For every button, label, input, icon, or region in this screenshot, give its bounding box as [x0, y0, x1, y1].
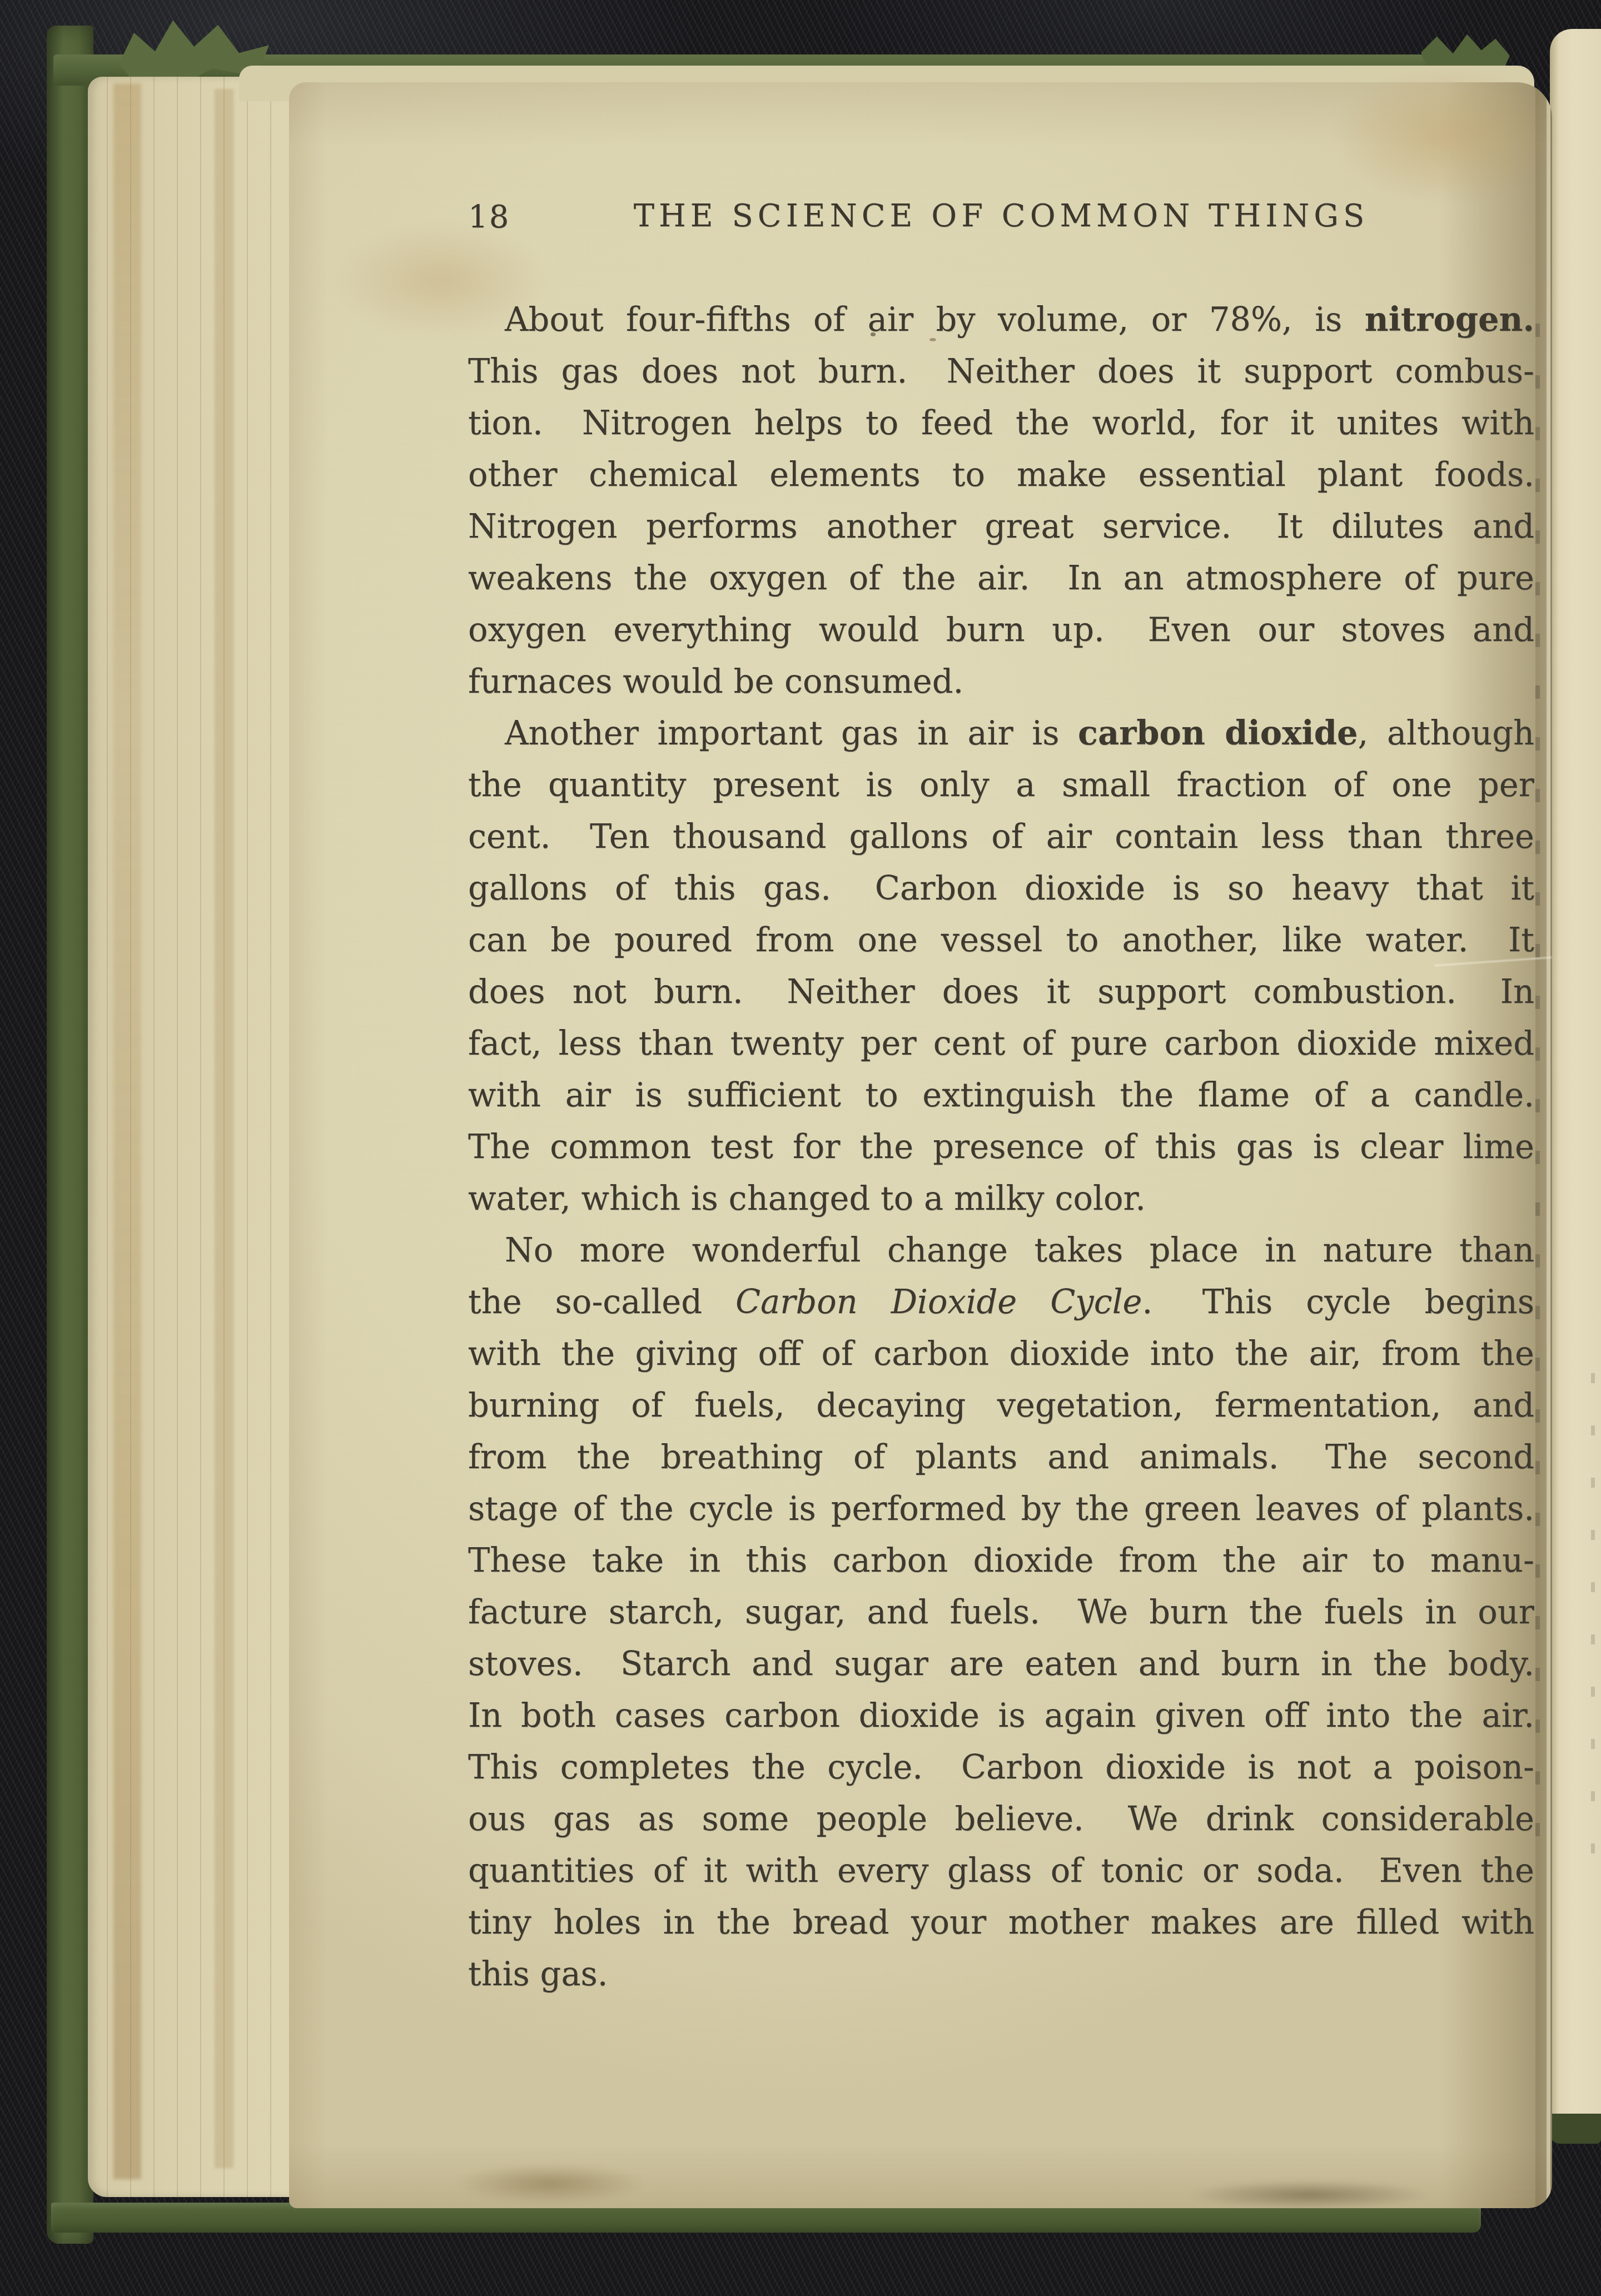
text-line: Nitrogen performs another great service.…	[468, 500, 1534, 552]
text-segment: burning of fuels, decaying vegetation, f…	[468, 1386, 1534, 1424]
stain-top-right	[1334, 71, 1557, 202]
text-segment: from the breathing of plants and animals…	[468, 1438, 1534, 1476]
text-line: In both cases carbon dioxide is again gi…	[468, 1689, 1534, 1741]
text-segment: cent. Ten thousand gallons of air contai…	[468, 817, 1534, 856]
text-line: does not burn. Neither does it support c…	[468, 966, 1534, 1017]
italic-term: Carbon Dioxide Cycle	[735, 1283, 1142, 1321]
text-line: other chemical elements to make essentia…	[468, 449, 1534, 500]
text-segment: Nitrogen performs another great service.…	[468, 507, 1534, 545]
text-segment: These take in this carbon dioxide from t…	[468, 1541, 1534, 1579]
text-line: from the breathing of plants and animals…	[468, 1431, 1534, 1483]
text-line: facture starch, sugar, and fuels. We bur…	[468, 1586, 1534, 1638]
fold-text-fragments	[1535, 305, 1540, 1867]
text-segment: gallons of this gas. Carbon dioxide is s…	[468, 869, 1534, 907]
text-line: fact, less than twenty per cent of pure …	[468, 1017, 1534, 1069]
text-segment: About four-fifths of air by volume, or 7…	[505, 300, 1365, 339]
text-segment: ous gas as some people believe. We drink…	[468, 1800, 1534, 1838]
text-line: The common test for the presence of this…	[468, 1121, 1534, 1172]
text-line: this gas.	[468, 1948, 1534, 2000]
text-line: furnaces would be consumed.	[468, 655, 1534, 707]
book-scan-scene: 18 THE SCIENCE OF COMMON THINGS About fo…	[0, 0, 1601, 2296]
text-segment: stage of the cycle is performed by the g…	[468, 1489, 1534, 1528]
text-line: the quantity present is only a small fra…	[468, 759, 1534, 811]
text-segment: Another important gas in air is	[505, 714, 1078, 752]
book-cover-left-edge	[47, 26, 93, 2244]
text-segment: with the giving off of carbon dioxide in…	[468, 1334, 1534, 1373]
bold-term: carbon dioxide	[1078, 714, 1358, 752]
text-line: ous gas as some people believe. We drink…	[468, 1793, 1534, 1845]
next-page-text-fragments	[1591, 1351, 1595, 1873]
text-segment: oxygen everything would burn up. Even ou…	[468, 610, 1534, 649]
text-segment: the so-called	[468, 1283, 735, 1321]
text-segment: other chemical elements to make essentia…	[468, 455, 1534, 494]
text-segment: the quantity present is only a small fra…	[468, 766, 1534, 804]
bold-term: nitrogen.	[1365, 300, 1534, 339]
text-line: weakens the oxygen of the air. In an atm…	[468, 552, 1534, 604]
text-line: oxygen everything would burn up. Even ou…	[468, 604, 1534, 655]
text-line: quantities of it with every glass of ton…	[468, 1845, 1534, 1896]
text-segment: In both cases carbon dioxide is again gi…	[468, 1696, 1534, 1735]
text-line: burning of fuels, decaying vegetation, f…	[468, 1379, 1534, 1431]
next-page-cover-glimpse	[1550, 2114, 1601, 2144]
stain-bottom-right	[1190, 2180, 1429, 2209]
text-line: No more wonderful change takes place in …	[468, 1224, 1534, 1276]
text-segment: tiny holes in the bread your mother make…	[468, 1903, 1534, 1941]
page-number: 18	[468, 197, 510, 238]
text-segment: with air is sufficient to extinguish the…	[468, 1076, 1534, 1114]
stain-bottom-left	[456, 2164, 645, 2204]
text-segment: No more wonderful change takes place in …	[505, 1231, 1534, 1269]
text-segment: facture starch, sugar, and fuels. We bur…	[468, 1593, 1534, 1631]
text-line: tion. Nitrogen helps to feed the world, …	[468, 397, 1534, 449]
text-segment: quantities of it with every glass of ton…	[468, 1851, 1534, 1890]
text-line: stoves. Starch and sugar are eaten and b…	[468, 1638, 1534, 1689]
text-segment: This completes the cycle. Carbon dioxide…	[468, 1748, 1534, 1786]
text-segment: stoves. Starch and sugar are eaten and b…	[468, 1644, 1534, 1683]
text-line: with the giving off of carbon dioxide in…	[468, 1328, 1534, 1379]
text-line: About four-fifths of air by volume, or 7…	[468, 294, 1534, 345]
text-line: water, which is changed to a milky color…	[468, 1172, 1534, 1224]
text-line: Another important gas in air is carbon d…	[468, 707, 1534, 759]
text-line: These take in this carbon dioxide from t…	[468, 1534, 1534, 1586]
text-segment: can be poured from one vessel to another…	[468, 921, 1534, 959]
text-block: About four-fifths of air by volume, or 7…	[468, 294, 1534, 2000]
text-line: the so-called Carbon Dioxide Cycle. This…	[468, 1276, 1534, 1328]
text-segment: tion. Nitrogen helps to feed the world, …	[468, 404, 1534, 442]
text-line: This completes the cycle. Carbon dioxide…	[468, 1741, 1534, 1793]
text-segment: water, which is changed to a milky color…	[468, 1179, 1146, 1217]
text-segment: furnaces would be consumed.	[468, 662, 963, 700]
text-segment: This gas does not burn. Neither does it …	[468, 352, 1534, 390]
page-edge-stain	[113, 83, 141, 2179]
text-line: cent. Ten thousand gallons of air contai…	[468, 811, 1534, 862]
page-header: 18 THE SCIENCE OF COMMON THINGS	[468, 196, 1534, 237]
page-edge-stain	[215, 89, 233, 2168]
text-segment: The common test for the presence of this…	[468, 1127, 1534, 1166]
text-line: with air is sufficient to extinguish the…	[468, 1069, 1534, 1121]
text-line: gallons of this gas. Carbon dioxide is s…	[468, 862, 1534, 914]
text-line: can be poured from one vessel to another…	[468, 914, 1534, 966]
text-segment: does not burn. Neither does it support c…	[468, 972, 1534, 1011]
text-segment: fact, less than twenty per cent of pure …	[468, 1024, 1534, 1062]
text-segment: weakens the oxygen of the air. In an atm…	[468, 559, 1534, 597]
running-title: THE SCIENCE OF COMMON THINGS	[468, 196, 1534, 237]
text-segment: . This cycle begins	[1142, 1283, 1534, 1321]
text-line: stage of the cycle is performed by the g…	[468, 1483, 1534, 1534]
text-segment: this gas.	[468, 1955, 608, 1993]
text-segment: , although	[1358, 714, 1534, 752]
text-line: tiny holes in the bread your mother make…	[468, 1896, 1534, 1948]
text-line: This gas does not burn. Neither does it …	[468, 345, 1534, 397]
